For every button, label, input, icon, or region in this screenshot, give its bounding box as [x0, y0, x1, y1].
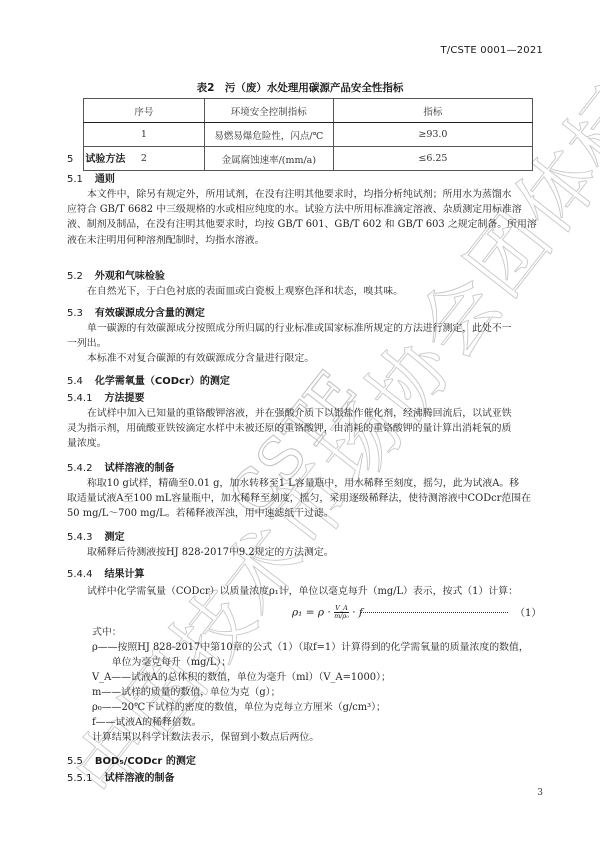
paragraph-5-3: 单一碳源的有效碳源成分按照成分所归属的行业标准或国家标准所规定的方法进行测定，此… — [67, 321, 545, 367]
where-item: ρ₀——20℃下试样的密度的数值，单位为克每立方厘米（g/cm³）； — [92, 701, 386, 716]
result-note: 计算结果以科学计数法表示，保留到小数点后两位。 — [92, 731, 319, 746]
where-item: 单位为毫克每升（mg/L）； — [92, 656, 231, 671]
section-heading-5-4-1: 5.4.1方法提要 — [67, 389, 144, 404]
section-heading-5-5: 5.5BOD₅/CODcr 的测定 — [67, 752, 196, 767]
table-title: 表2 污（废）水处理用碳源产品安全性指标 — [0, 80, 600, 95]
table-cell: 金属腐蚀速率/(mm/a) — [204, 147, 333, 171]
document-code: T/CSTE 0001—2021 — [440, 45, 543, 56]
paragraph-5-4-2: 称取10 g试样，精确至0.01 g，加水转移至1 L容量瓶中，用水稀释至刻度，… — [67, 476, 545, 522]
section-heading-5-4-4: 5.4.4结果计算 — [67, 565, 144, 580]
formula-leader-dots — [360, 607, 508, 613]
section-heading-5-3: 5.3有效碳源成分含量的测定 — [67, 304, 205, 319]
column-header: 指标 — [333, 99, 532, 123]
section-heading-5-2: 5.2外观和气味检验 — [67, 267, 165, 282]
section-heading-5-1: 5.1通则 — [67, 170, 115, 185]
section-heading-5-4-3: 5.4.3测定 — [67, 528, 124, 543]
table-row: 1 易燃易爆危险性，闪点/℃ ≥93.0 — [84, 123, 533, 147]
safety-indicator-table: 序号 环境安全控制指标 指标 1 易燃易爆危险性，闪点/℃ ≥93.0 2 金属… — [83, 98, 533, 171]
table-cell: ≥93.0 — [333, 123, 532, 147]
section-heading-5-5-1: 5.5.1试样溶液的制备 — [67, 769, 174, 784]
paragraph-5-2: 在自然光下，于白色衬底的表面皿或白瓷板上观察色泽和状态，嗅其味。 — [67, 284, 545, 299]
table-cell: 易燃易爆危险性，闪点/℃ — [204, 123, 333, 147]
where-label: 式中： — [92, 626, 122, 641]
table-header-row: 序号 环境安全控制指标 指标 — [84, 99, 533, 123]
column-header: 序号 — [84, 99, 205, 123]
formula-fraction: V_A m/ρ₀ — [334, 605, 349, 620]
table-cell: 1 — [84, 123, 205, 147]
formula-1: ρ₁ = ρ · V_A m/ρ₀ · f — [292, 605, 363, 620]
table-cell: ≤6.25 — [333, 147, 532, 171]
paragraph-5-1: 本文件中，除另有规定外，所用试剂，在没有注明其他要求时，均指分析纯试剂；所用水为… — [67, 187, 545, 248]
paragraph-5-4-1: 在试样中加入已知量的重铬酸钾溶液，并在强酸介质下以银盐作催化剂，经沸腾回流后，以… — [67, 406, 545, 452]
column-header: 环境安全控制指标 — [204, 99, 333, 123]
paragraph-5-4-3: 取稀释后待测液按HJ 828-2017中9.2规定的方法测定。 — [67, 545, 545, 560]
section-heading-5-4-2: 5.4.2试样溶液的制备 — [67, 459, 174, 474]
page-number: 3 — [537, 788, 543, 798]
section-heading-5-4: 5.4化学需氧量（CODcr）的测定 — [67, 372, 230, 387]
where-item: ρ——按照HJ 828-2017中第10章的公式（1）（取f=1）计算得到的化学… — [92, 641, 529, 656]
table-row: 2 金属腐蚀速率/(mm/a) ≤6.25 — [84, 147, 533, 171]
where-item: V_A——试液A的总体积的数值，单位为毫升（ml）（V_A=1000）； — [92, 671, 391, 686]
section-heading-5: 5试验方法 — [67, 150, 125, 165]
paragraph-5-4-4-intro: 试样中化学需氧量（CODcr）以质量浓度ρ₁计，单位以毫克每升（mg/L）表示，… — [67, 584, 545, 599]
equation-number: （1） — [515, 604, 541, 619]
where-item: f——试液A的稀释倍数。 — [92, 716, 202, 731]
document-page: 中国技术市场协会团体标准 CSTE T/CSTE 0001—2021 表2 污（… — [0, 0, 600, 848]
where-item: m——试样的质量的数值，单位为克（g）； — [92, 686, 281, 701]
